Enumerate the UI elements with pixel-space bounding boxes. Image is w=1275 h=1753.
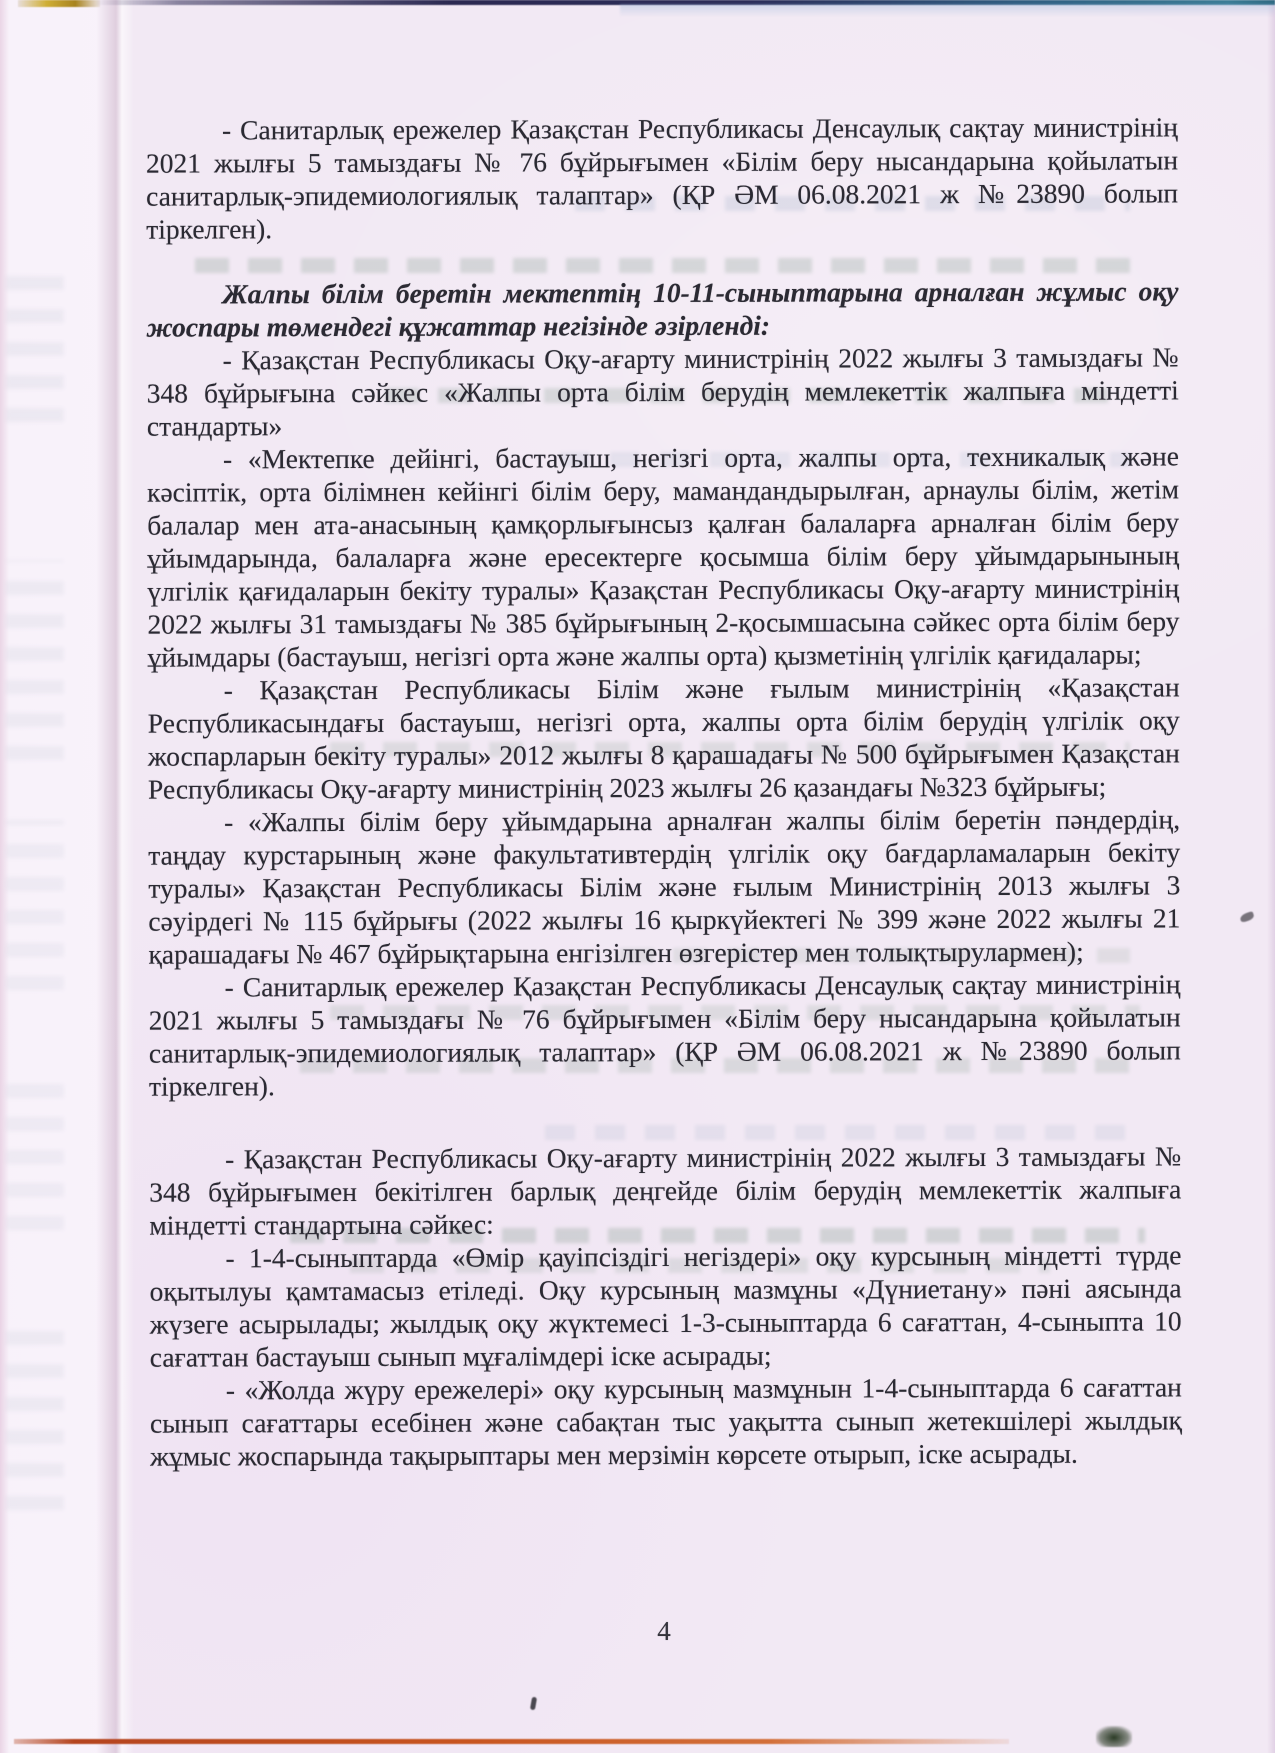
paragraph-order-348: - Қазақстан Республикасы Оқу-ағарту мини… <box>147 340 1179 442</box>
paragraph-traffic-rules-course: - «Жолда жүру ережелері» оқу курсының ма… <box>150 1370 1182 1472</box>
paragraph-order-500-323: - Қазақстан Республикасы Білім және ғылы… <box>148 670 1180 805</box>
bleed-through-left-margin <box>6 272 64 422</box>
scan-artifact-speck <box>1239 911 1255 923</box>
section-heading-work-plan-10-11: Жалпы білім беретін мектептің 10-11-сыны… <box>146 274 1178 343</box>
scan-artifact-top-blue-wash <box>620 4 1275 17</box>
bleed-through-left-margin <box>6 820 64 990</box>
scan-artifact-tick-mark <box>530 1697 537 1711</box>
bleed-through-left-margin <box>6 560 64 760</box>
bleed-through-left-margin <box>6 1080 64 1230</box>
paragraph-sanitary-rules-top: - Санитарлық ережелер Қазақстан Республи… <box>146 110 1178 245</box>
scanned-page: - Санитарлық ережелер Қазақстан Республи… <box>0 0 1275 1753</box>
scan-artifact-top-yellow-edge <box>18 0 100 7</box>
paragraph-model-rules-385: - «Мектепке дейінгі, бастауыш, негізгі о… <box>147 439 1180 673</box>
paragraph-order-115: - «Жалпы білім беру ұйымдарына арналған … <box>148 802 1181 970</box>
page-number: 4 <box>148 1616 1180 1647</box>
page-text: - Санитарлық ережелер Қазақстан Республи… <box>146 110 1182 1472</box>
bleed-through-left-margin <box>6 1320 64 1510</box>
scan-artifact-bottom-red-edge <box>14 1739 1009 1744</box>
scan-right-edge-shadow <box>1267 0 1275 1753</box>
scan-artifact-ink-blob <box>1096 1726 1132 1747</box>
paragraph-standard-348: - Қазақстан Республикасы Оқу-ағарту мини… <box>149 1139 1181 1241</box>
paragraph-life-safety-course: - 1-4-сыныптарда «Өмір қауіпсіздігі негі… <box>149 1238 1181 1373</box>
paragraph-sanitary-rules-repeat: - Санитарлық ережелер Қазақстан Республи… <box>149 967 1181 1102</box>
